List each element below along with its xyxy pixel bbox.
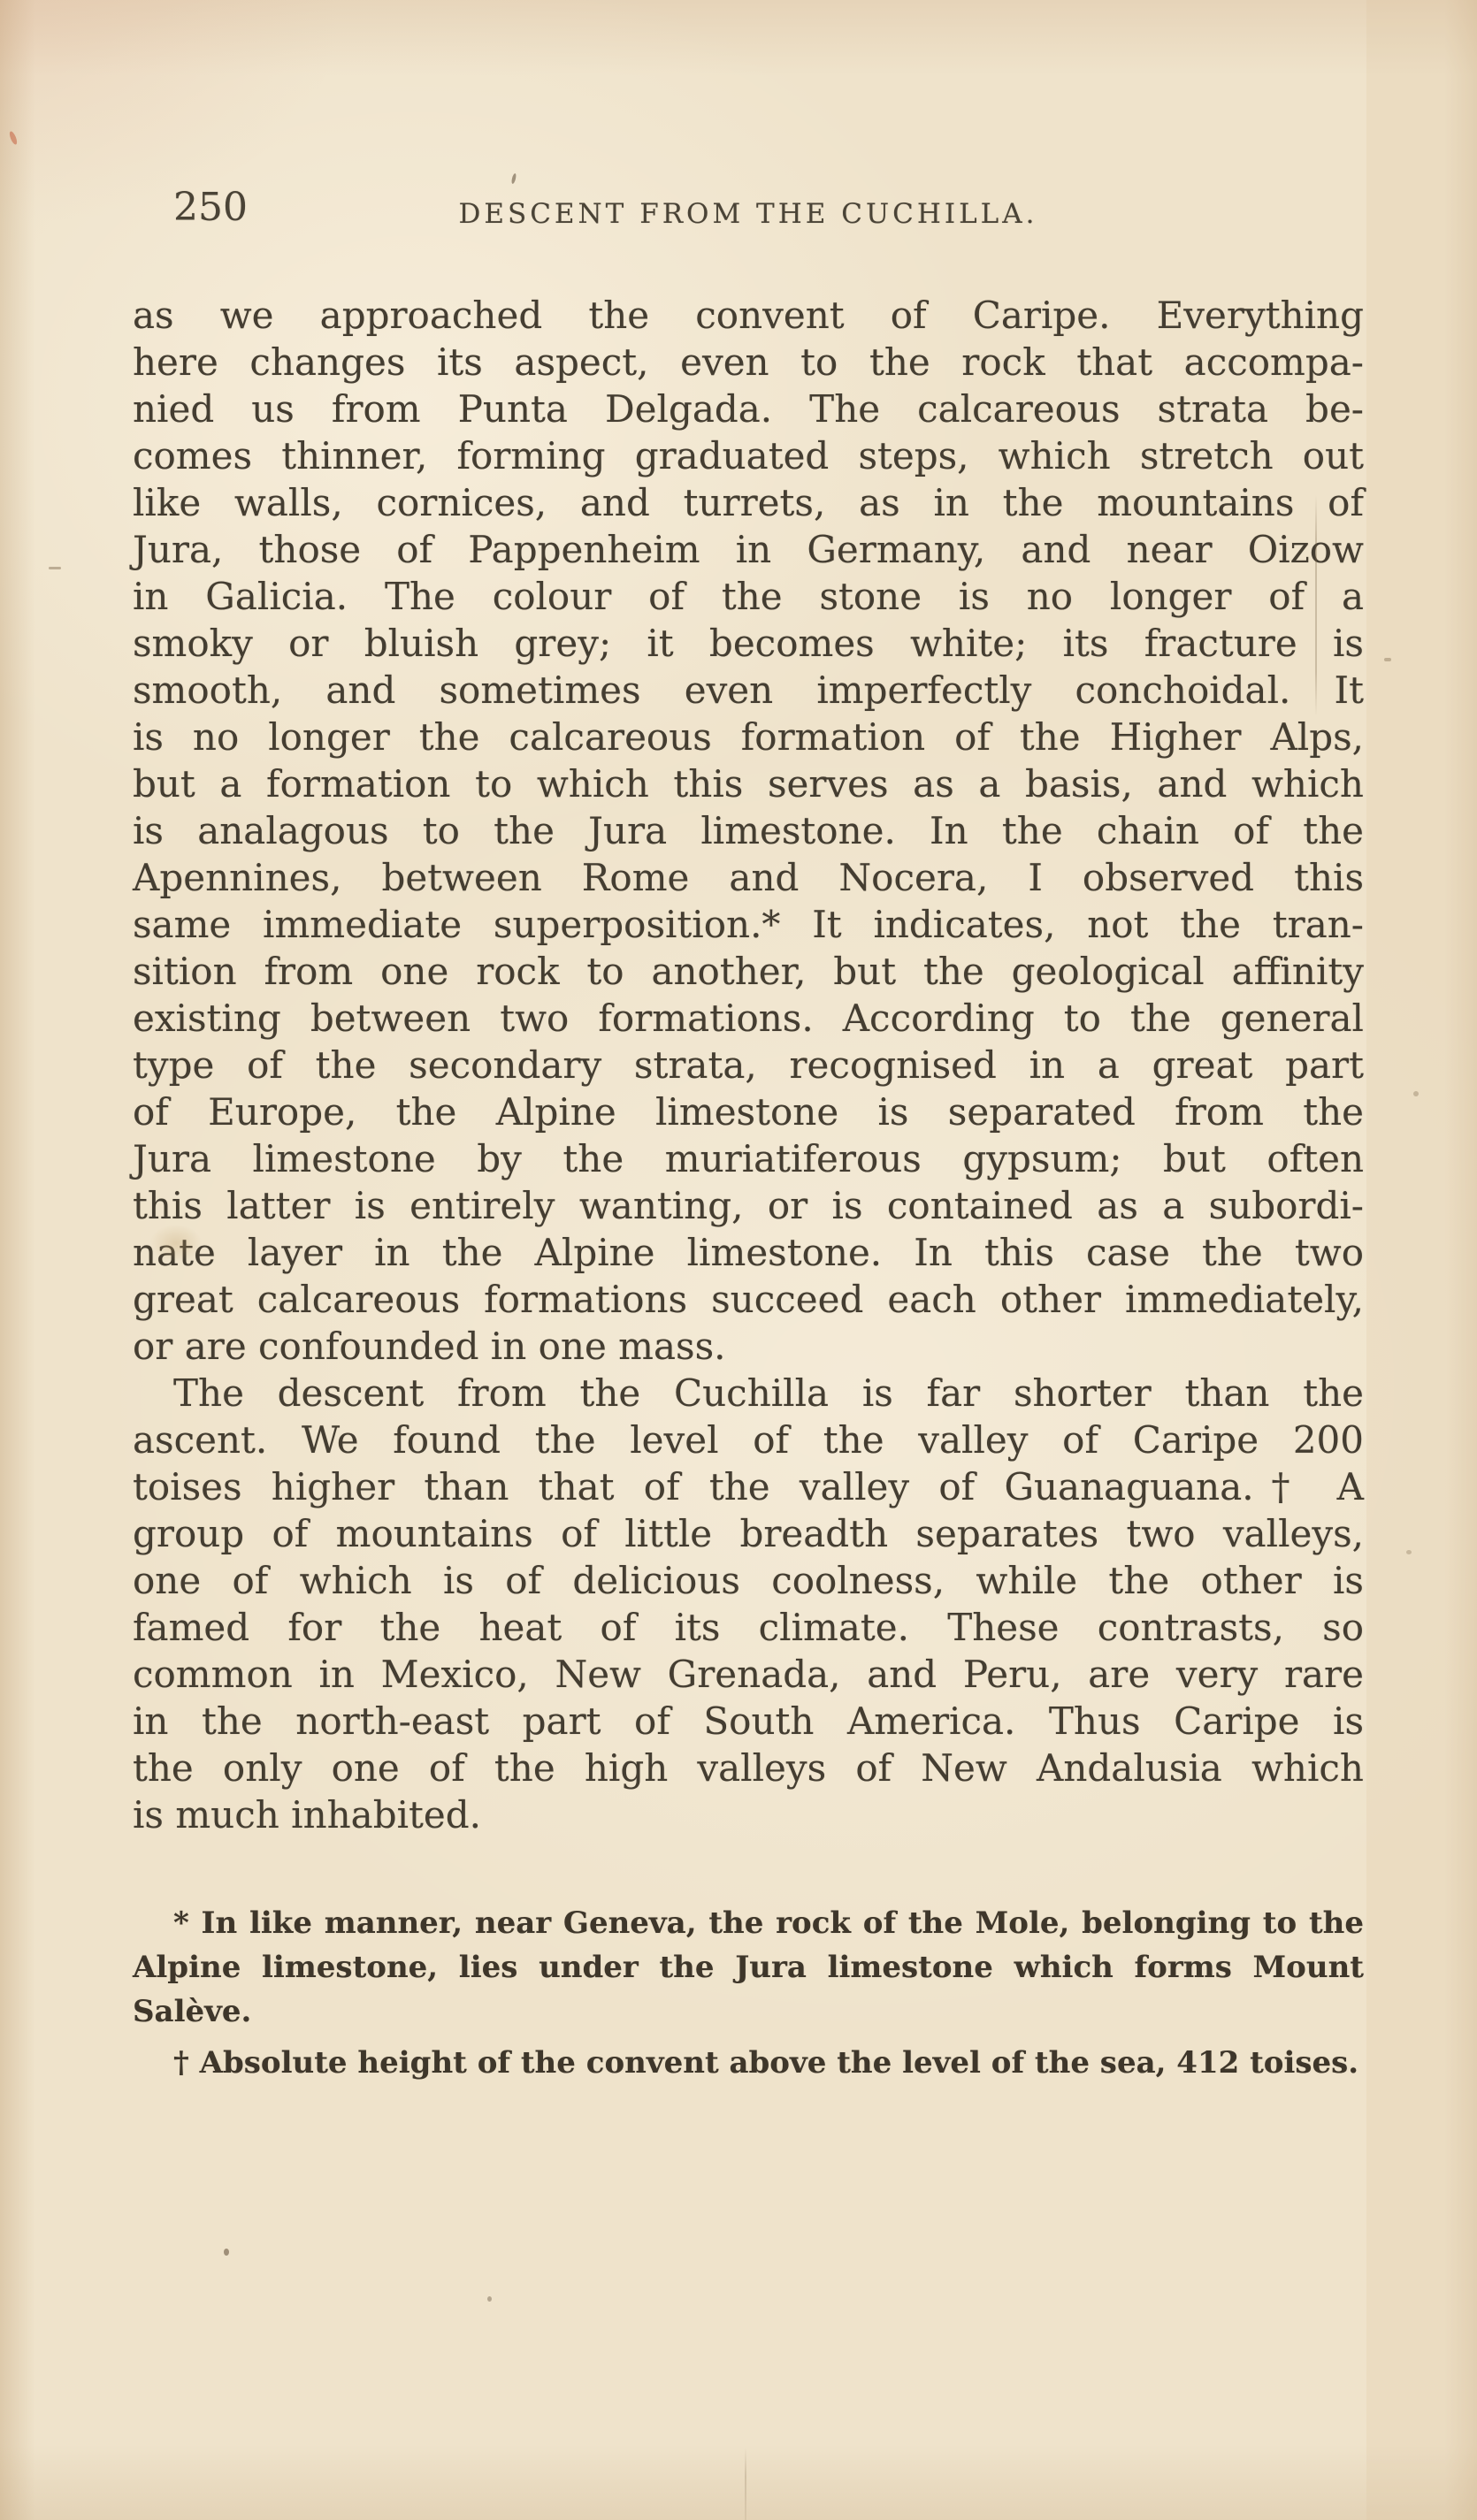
margin-mark	[1406, 1550, 1412, 1554]
body-text: as we approached the convent of Caripe. …	[133, 292, 1364, 1838]
text-line: like walls, cornices, and turrets, as in…	[133, 479, 1364, 526]
text-line: sition from one rock to another, but the…	[133, 948, 1364, 995]
text-line: type of the secondary strata, recognised…	[133, 1042, 1364, 1088]
text-line: same immediate superposition.* It indica…	[133, 901, 1364, 948]
text-line: is analagous to the Jura limestone. In t…	[133, 807, 1364, 854]
footnote-asterisk: * In like manner, near Geneva, the rock …	[133, 1901, 1364, 2034]
scan-crease	[745, 2447, 746, 2520]
text-line: one of which is of delicious coolness, w…	[133, 1557, 1364, 1604]
scanned-book-page: { "page": { "number": "250", "running_he…	[0, 0, 1477, 2520]
text-line: here changes its aspect, even to the roc…	[133, 339, 1364, 386]
text-line: nied us from Punta Delgada. The calcareo…	[133, 386, 1364, 432]
text-line: as we approached the convent of Caripe. …	[133, 292, 1364, 339]
running-header: DESCENT FROM THE CUCHILLA.	[133, 198, 1364, 230]
text-line: smoky or bluish grey; it becomes white; …	[133, 620, 1364, 667]
text-line: great calcareous formations succeed each…	[133, 1276, 1364, 1323]
text-line: in the north-east part of South America.…	[133, 1698, 1364, 1745]
scan-crease	[1315, 495, 1317, 716]
ink-speck	[224, 2249, 229, 2256]
footnote-dagger: † Absolute height of the convent above t…	[133, 2041, 1364, 2085]
text-line: nate layer in the Alpine limestone. In t…	[133, 1229, 1364, 1276]
text-line: ascent. We found the level of the valley…	[133, 1417, 1364, 1463]
text-line: in Galicia. The colour of the stone is n…	[133, 573, 1364, 620]
text-line: * In like manner, near Geneva, the rock …	[133, 1901, 1364, 1945]
ink-speck	[487, 2296, 492, 2302]
text-line: is no longer the calcareous formation of…	[133, 714, 1364, 760]
text-line: common in Mexico, New Grenada, and Peru,…	[133, 1651, 1364, 1698]
text-line: Alpine limestone, lies under the Jura li…	[133, 1945, 1364, 1989]
text-line: comes thinner, forming graduated steps, …	[133, 432, 1364, 479]
text-line: Jura, those of Pappenheim in Germany, an…	[133, 526, 1364, 573]
text-line: smooth, and sometimes even imperfectly c…	[133, 667, 1364, 714]
text-line: this latter is entirely wanting, or is c…	[133, 1182, 1364, 1229]
margin-mark	[49, 567, 61, 569]
text-line: but a formation to which this serves as …	[133, 760, 1364, 807]
page-right-margin-shading	[1366, 0, 1477, 2520]
text-line: Apennines, between Rome and Nocera, I ob…	[133, 854, 1364, 901]
body-paragraph: as we approached the convent of Caripe. …	[133, 292, 1364, 1370]
paper-stain	[142, 1218, 210, 1268]
footnotes-block: * In like manner, near Geneva, the rock …	[133, 1901, 1364, 2085]
text-line: of Europe, the Alpine limestone is separ…	[133, 1088, 1364, 1135]
text-line: or are confounded in one mass.	[133, 1323, 1364, 1370]
text-line: is much inhabited.	[133, 1791, 1364, 1838]
text-line: the only one of the high valleys of New …	[133, 1745, 1364, 1791]
text-line: group of mountains of little breadth sep…	[133, 1510, 1364, 1557]
text-line: existing between two formations. Accordi…	[133, 995, 1364, 1042]
text-line: Salève.	[133, 1989, 1364, 2034]
text-line: The descent from the Cuchilla is far sho…	[133, 1370, 1364, 1417]
margin-mark	[1384, 658, 1391, 661]
text-line: toises higher than that of the valley of…	[133, 1463, 1364, 1510]
body-paragraph: The descent from the Cuchilla is far sho…	[133, 1370, 1364, 1838]
text-line: famed for the heat of its climate. These…	[133, 1604, 1364, 1651]
margin-mark	[1413, 1091, 1419, 1096]
text-line: Jura limestone by the muriatiferous gyps…	[133, 1135, 1364, 1182]
text-line: † Absolute height of the convent above t…	[133, 2041, 1364, 2085]
